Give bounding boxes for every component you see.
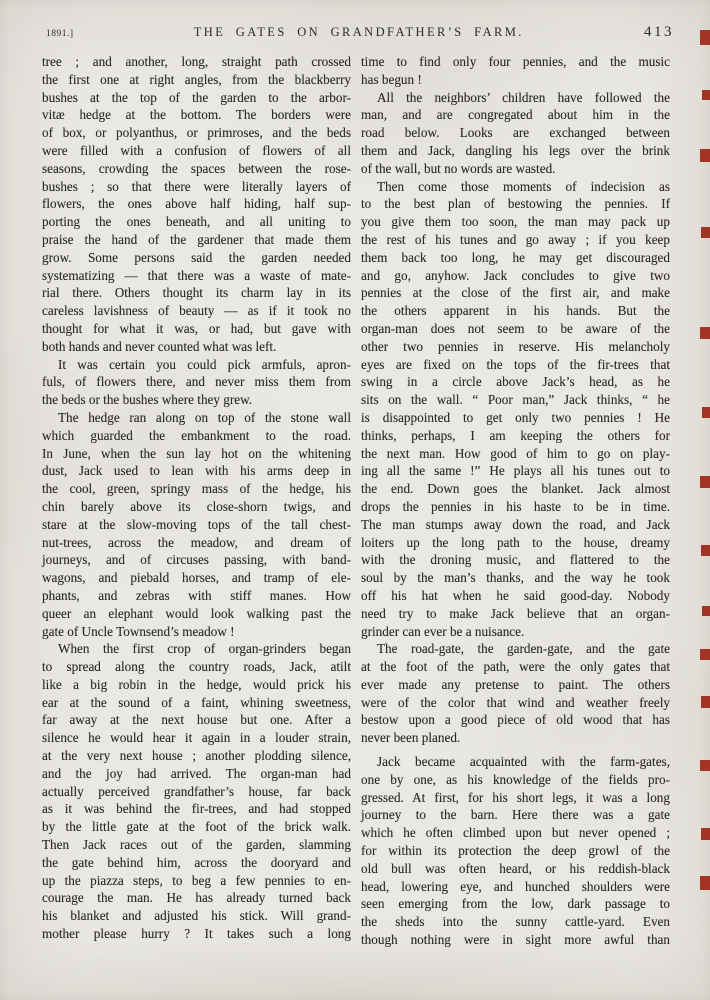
paragraph: Then come those moments of indecision as… [361, 178, 670, 641]
text-line: the beds or the bushes where they grew. [42, 391, 351, 409]
red-edge-mark [701, 828, 710, 840]
text-line: mother please hurry ? It takes such a lo… [42, 925, 351, 943]
text-line: swing in a circle above Jack’s head, as … [361, 373, 670, 391]
text-line: In June, when the sun lay hot on the whi… [42, 445, 351, 463]
text-line: flowers, the ones above half hiding, hal… [42, 195, 351, 213]
text-line: Then Jack races out of the garden, slamm… [42, 836, 351, 854]
text-line: All the neighbors’ children have followe… [361, 89, 670, 107]
text-line: the rest of his tunes and go away ; if y… [361, 231, 670, 249]
text-line: pennies at the close of the first air, a… [361, 284, 670, 302]
text-line: thinks, perhaps, I am keeping the others… [361, 427, 670, 445]
text-line: were filled with a confusion of flowers … [42, 142, 351, 160]
red-edge-mark [700, 760, 710, 771]
text-line: with the droning music, and flattered to… [361, 551, 670, 569]
text-line: old bull was often heard, or his reddish… [361, 860, 670, 878]
red-edge-mark [701, 545, 710, 556]
text-line: and the joy had arrived. The organ-man h… [42, 765, 351, 783]
text-line: has begun ! [361, 71, 670, 89]
text-line: off his hat when he said good-day. Nobod… [361, 587, 670, 605]
text-line: for within its protection the deep growl… [361, 842, 670, 860]
paragraph: All the neighbors’ children have followe… [361, 89, 670, 178]
text-line: seen emerging from the low, dark passage… [361, 895, 670, 913]
text-line: soul by the man’s thanks, and the way he… [361, 569, 670, 587]
running-title: THE GATES ON GRANDFATHER’S FARM. [74, 25, 644, 40]
red-edge-mark [701, 696, 710, 708]
red-edge-mark [702, 407, 710, 418]
text-line: The man stumps away down the road, and J… [361, 516, 670, 534]
text-line: ever made any pretense to paint. The oth… [361, 676, 670, 694]
text-line: chin barely above its close-shorn twigs,… [42, 498, 351, 516]
issue-date: 1891.] [46, 29, 74, 39]
text-line: bushes at the top of the garden to the a… [42, 89, 351, 107]
text-line: which he often climbed upon but never op… [361, 824, 670, 842]
text-line: is disappointed to get only two pennies … [361, 409, 670, 427]
red-edge-mark [700, 327, 710, 339]
text-line: grow. Some persons said the garden neede… [42, 249, 351, 267]
text-line: both hands and never counted what was le… [42, 338, 351, 356]
text-line: courage the man. He has already turned b… [42, 889, 351, 907]
text-line: porting the ones beneath, and all unitin… [42, 213, 351, 231]
paragraph: tree ; and another, long, straight path … [42, 53, 351, 356]
text-line: bushes ; so that there were literally la… [42, 178, 351, 196]
text-line: the next man. How good of him to go on p… [361, 445, 670, 463]
text-line: phants, and zebras with stiff manes. How [42, 587, 351, 605]
text-line: thought for what it was, or had, but gav… [42, 320, 351, 338]
text-line: time to find only four pennies, and the … [361, 53, 670, 71]
paragraph: When the first crop of organ-grinders be… [42, 640, 351, 943]
text-line: as it was behind the fir-trees, and had … [42, 800, 351, 818]
paragraph: It was certain you could pick armfuls, a… [42, 356, 351, 409]
text-line: road below. Looks are exchanged between [361, 124, 670, 142]
text-line: of the wall, but no words are wasted. [361, 160, 670, 178]
left-column: tree ; and another, long, straight path … [42, 53, 351, 949]
text-line: up the piazza steps, to beg a few pennie… [42, 872, 351, 890]
text-line: the others apparent in his hands. But th… [361, 302, 670, 320]
text-line: far away at the next house but one. Afte… [42, 711, 351, 729]
text-line: The road-gate, the garden-gate, and the … [361, 640, 670, 658]
text-line: need try to make Jack believe that an or… [361, 605, 670, 623]
text-line: man, and are congregated about him in th… [361, 106, 670, 124]
page-header: 1891.] THE GATES ON GRANDFATHER’S FARM. … [46, 24, 674, 41]
text-line: Jack became acquainted with the farm-gat… [361, 753, 670, 771]
text-line: one by one, as his knowledge of the fiel… [361, 771, 670, 789]
red-edge-mark [701, 227, 710, 238]
text-line: bestow upon a good piece of old wood tha… [361, 711, 670, 729]
text-line: It was certain you could pick armfuls, a… [42, 356, 351, 374]
text-columns: tree ; and another, long, straight path … [42, 53, 670, 949]
right-column: time to find only four pennies, and the … [361, 53, 670, 949]
text-line: loiters up the long path to the house, d… [361, 534, 670, 552]
text-line: journeys, and of circuses passing, with … [42, 551, 351, 569]
red-edge-mark [700, 476, 710, 488]
text-line: them back too long, he may get discourag… [361, 249, 670, 267]
text-line: though nothing were in sight more awful … [361, 931, 670, 949]
text-line: silence he would hear it again in a loud… [42, 729, 351, 747]
text-line: fuls, of flowers there, and never miss t… [42, 373, 351, 391]
text-line: journey to the barn. Here there was a ga… [361, 806, 670, 824]
text-line: nut-trees, across the meadow, and dream … [42, 534, 351, 552]
red-edge-mark [700, 649, 710, 660]
text-line: Then come those moments of indecision as [361, 178, 670, 196]
text-line: dust, Jack used to lean with his arms de… [42, 462, 351, 480]
text-line: like a big robin in the hedge, would pri… [42, 676, 351, 694]
text-line: ear at the sound of a faint, whining swe… [42, 694, 351, 712]
text-line: at the very next house ; another ploddin… [42, 747, 351, 765]
text-line: of box, or polyanthus, or primroses, and… [42, 124, 351, 142]
text-line: the sheds into the sunny cattle-yard. Ev… [361, 913, 670, 931]
text-line: gate of Uncle Townsend’s meadow ! [42, 623, 351, 641]
text-line: at the foot of the path, were the only g… [361, 658, 670, 676]
red-edge-mark [702, 606, 710, 616]
text-line: and go, anyhow. Jack concludes to give t… [361, 267, 670, 285]
text-line: the gate behind him, across the dooryard… [42, 854, 351, 872]
text-line: rial there. Others thought its charm lay… [42, 284, 351, 302]
red-edge-mark [700, 30, 710, 45]
text-line: to spread along the country roads, Jack,… [42, 658, 351, 676]
paragraph: The hedge ran along on top of the stone … [42, 409, 351, 640]
text-line: ing all the same !” He plays all his tun… [361, 462, 670, 480]
text-line: by the little gate at the foot of the br… [42, 818, 351, 836]
text-line: them and Jack, dangling his legs over th… [361, 142, 670, 160]
text-line: the first one at right angles, from the … [42, 71, 351, 89]
text-line: never been planed. [361, 729, 670, 747]
text-line: stare at the slow-moving tops of the tal… [42, 516, 351, 534]
paragraph: The road-gate, the garden-gate, and the … [361, 640, 670, 747]
text-line: actually perceived grandfather’s house, … [42, 783, 351, 801]
text-line: drops the pennies in his haste to be in … [361, 498, 670, 516]
text-line: to the best plan of bestowing the pennie… [361, 195, 670, 213]
text-line: praise the hand of the gardener that mad… [42, 231, 351, 249]
text-line: vitæ hedge at the bottom. The borders we… [42, 106, 351, 124]
text-line: grinder can ever be a nuisance. [361, 623, 670, 641]
text-line: organ-man does not seem to be aware of t… [361, 320, 670, 338]
page-number: 413 [644, 24, 674, 41]
text-line: the cool, green, springy mass of the hed… [42, 480, 351, 498]
text-line: other two pennies in reserve. His melanc… [361, 338, 670, 356]
text-line: sits on the wall. “ Poor man,” Jack thin… [361, 391, 670, 409]
paragraph: time to find only four pennies, and the … [361, 53, 670, 89]
text-line: queer an elephant would look walking pas… [42, 605, 351, 623]
text-line: the end. Down goes the blanket. Jack alm… [361, 480, 670, 498]
text-line: head, lowering eye, and hunched shoulder… [361, 878, 670, 896]
text-line: wagons, and piebald horses, and tramp of… [42, 569, 351, 587]
text-line: tree ; and another, long, straight path … [42, 53, 351, 71]
paragraph: Jack became acquainted with the farm-gat… [361, 753, 670, 949]
text-line: were of the color that wind and weather … [361, 694, 670, 712]
text-line: careless lavishness of beauty — as if it… [42, 302, 351, 320]
text-line: When the first crop of organ-grinders be… [42, 640, 351, 658]
text-line: The hedge ran along on top of the stone … [42, 409, 351, 427]
scanned-page: 1891.] THE GATES ON GRANDFATHER’S FARM. … [0, 0, 710, 1000]
red-edge-mark [700, 876, 710, 890]
text-line: eyes are fixed on the tops of the fir-tr… [361, 356, 670, 374]
text-line: which guarded the embankment to the road… [42, 427, 351, 445]
text-line: you give them too soon, the man may pack… [361, 213, 670, 231]
text-line: seasons, crowding the spaces between the… [42, 160, 351, 178]
text-line: his blanket and adjusted his stick. Will… [42, 907, 351, 925]
text-line: systematizing — that there was a waste o… [42, 267, 351, 285]
red-edge-mark [700, 149, 710, 162]
red-edge-mark [702, 90, 710, 100]
text-line: gressed. At first, for his short legs, i… [361, 789, 670, 807]
